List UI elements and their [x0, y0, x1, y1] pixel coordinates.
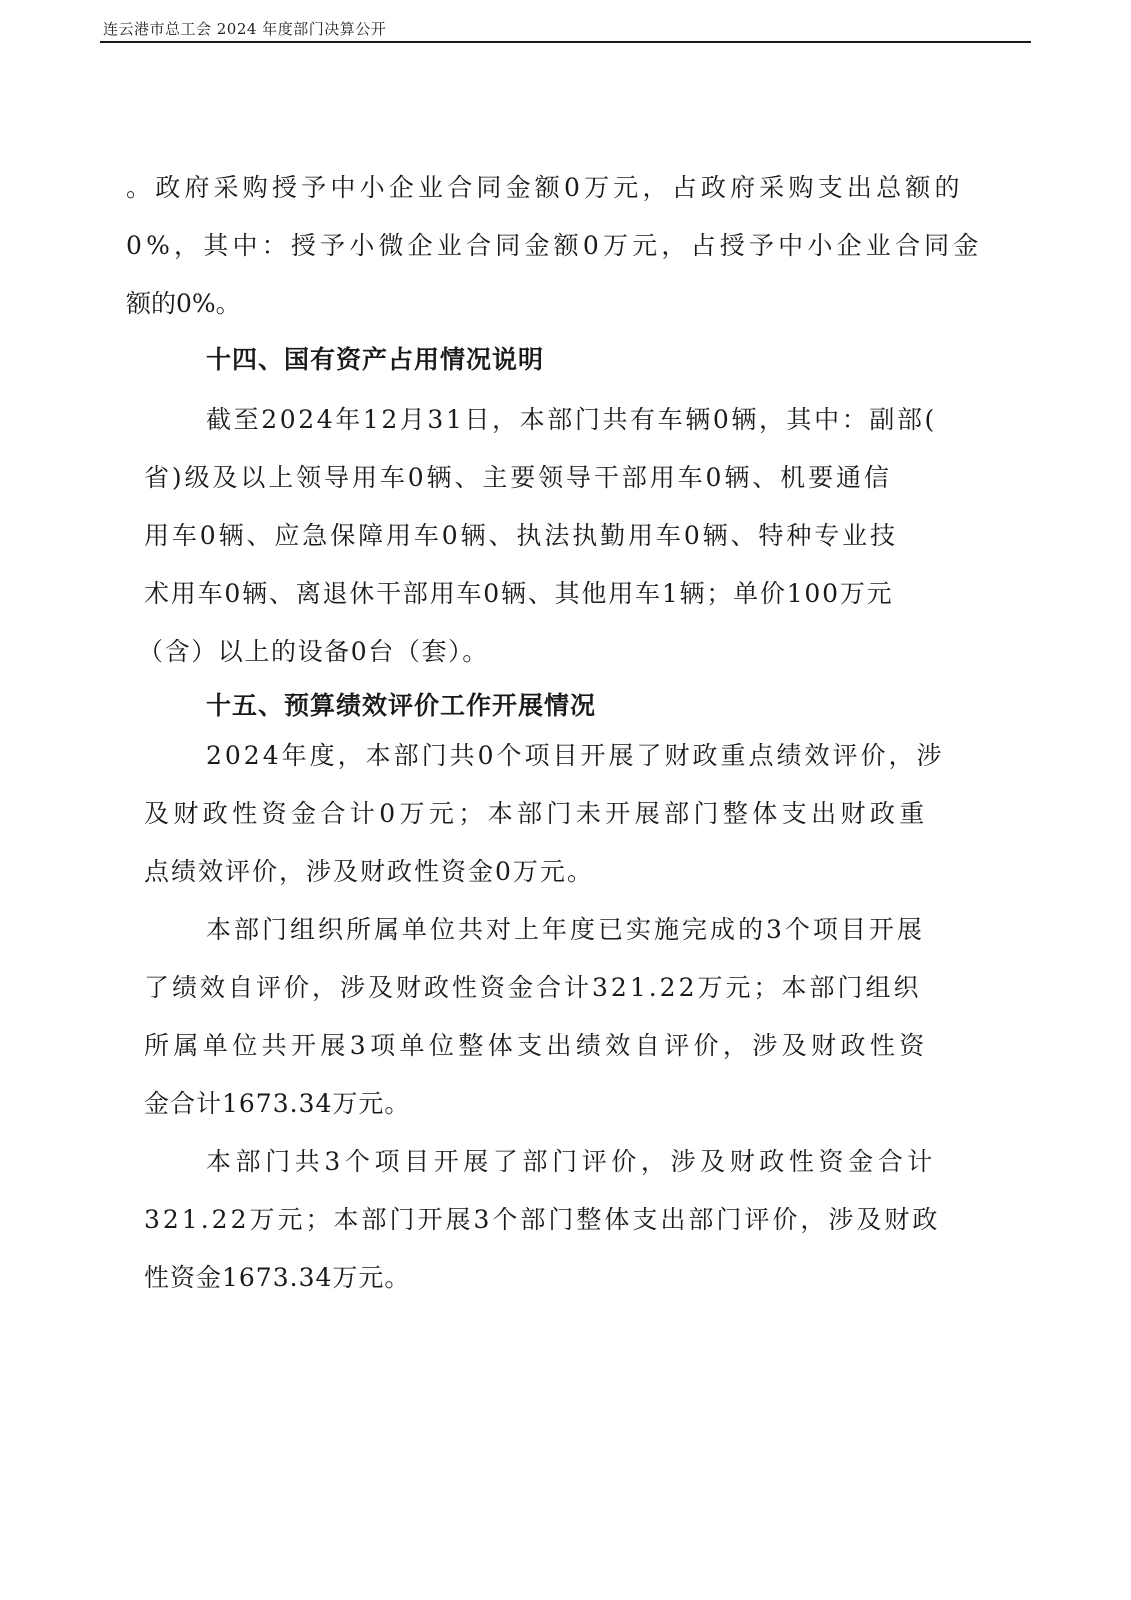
text-line: 本部门组织所属单位共对上年度已实施完成的3个项目开展: [206, 914, 925, 946]
text-line: 了绩效自评价，涉及财政性资金合计321.22万元；本部门组织: [144, 972, 921, 1004]
page-header-title: 连云港市总工会 2024 年度部门决算公开: [103, 18, 386, 39]
text-line: 本部门共3个项目开展了部门评价，涉及财政性资金合计: [206, 1146, 937, 1178]
text-line: 省)级及以上领导用车0辆、主要领导干部用车0辆、机要通信: [144, 462, 892, 494]
text-line: 性资金1673.34万元。: [144, 1262, 410, 1294]
text-line: 0%，其中：授予小微企业合同金额0万元，占授予中小企业合同金: [126, 230, 983, 262]
text-line: 点绩效评价，涉及财政性资金0万元。: [144, 856, 594, 888]
section-heading-15: 十五、预算绩效评价工作开展情况: [206, 690, 596, 722]
text-line: 321.22万元；本部门开展3个部门整体支出部门评价，涉及财政: [144, 1204, 940, 1236]
text-line: 术用车0辆、离退休干部用车0辆、其他用车1辆；单价100万元: [144, 578, 893, 610]
text-line: 2024年度，本部门共0个项目开展了财政重点绩效评价，涉: [206, 740, 945, 772]
page-header: 连云港市总工会 2024 年度部门决算公开: [100, 14, 1031, 43]
text-line: 所属单位共开展3项单位整体支出绩效自评价，涉及财政性资: [144, 1030, 929, 1062]
section-heading-14: 十四、国有资产占用情况说明: [206, 344, 544, 376]
text-line: 及财政性资金合计0万元；本部门未开展部门整体支出财政重: [144, 798, 929, 830]
text-line: 截至2024年12月31日，本部门共有车辆0辆，其中：副部(: [206, 404, 937, 436]
text-line: 金合计1673.34万元。: [144, 1088, 410, 1120]
text-line: （含）以上的设备0台（套）。: [138, 636, 489, 668]
text-line: 用车0辆、应急保障用车0辆、执法执勤用车0辆、特种专业技: [144, 520, 898, 552]
text-line: 。政府采购授予中小企业合同金额0万元，占政府采购支出总额的: [126, 172, 964, 204]
text-line: 额的0%。: [126, 288, 241, 320]
